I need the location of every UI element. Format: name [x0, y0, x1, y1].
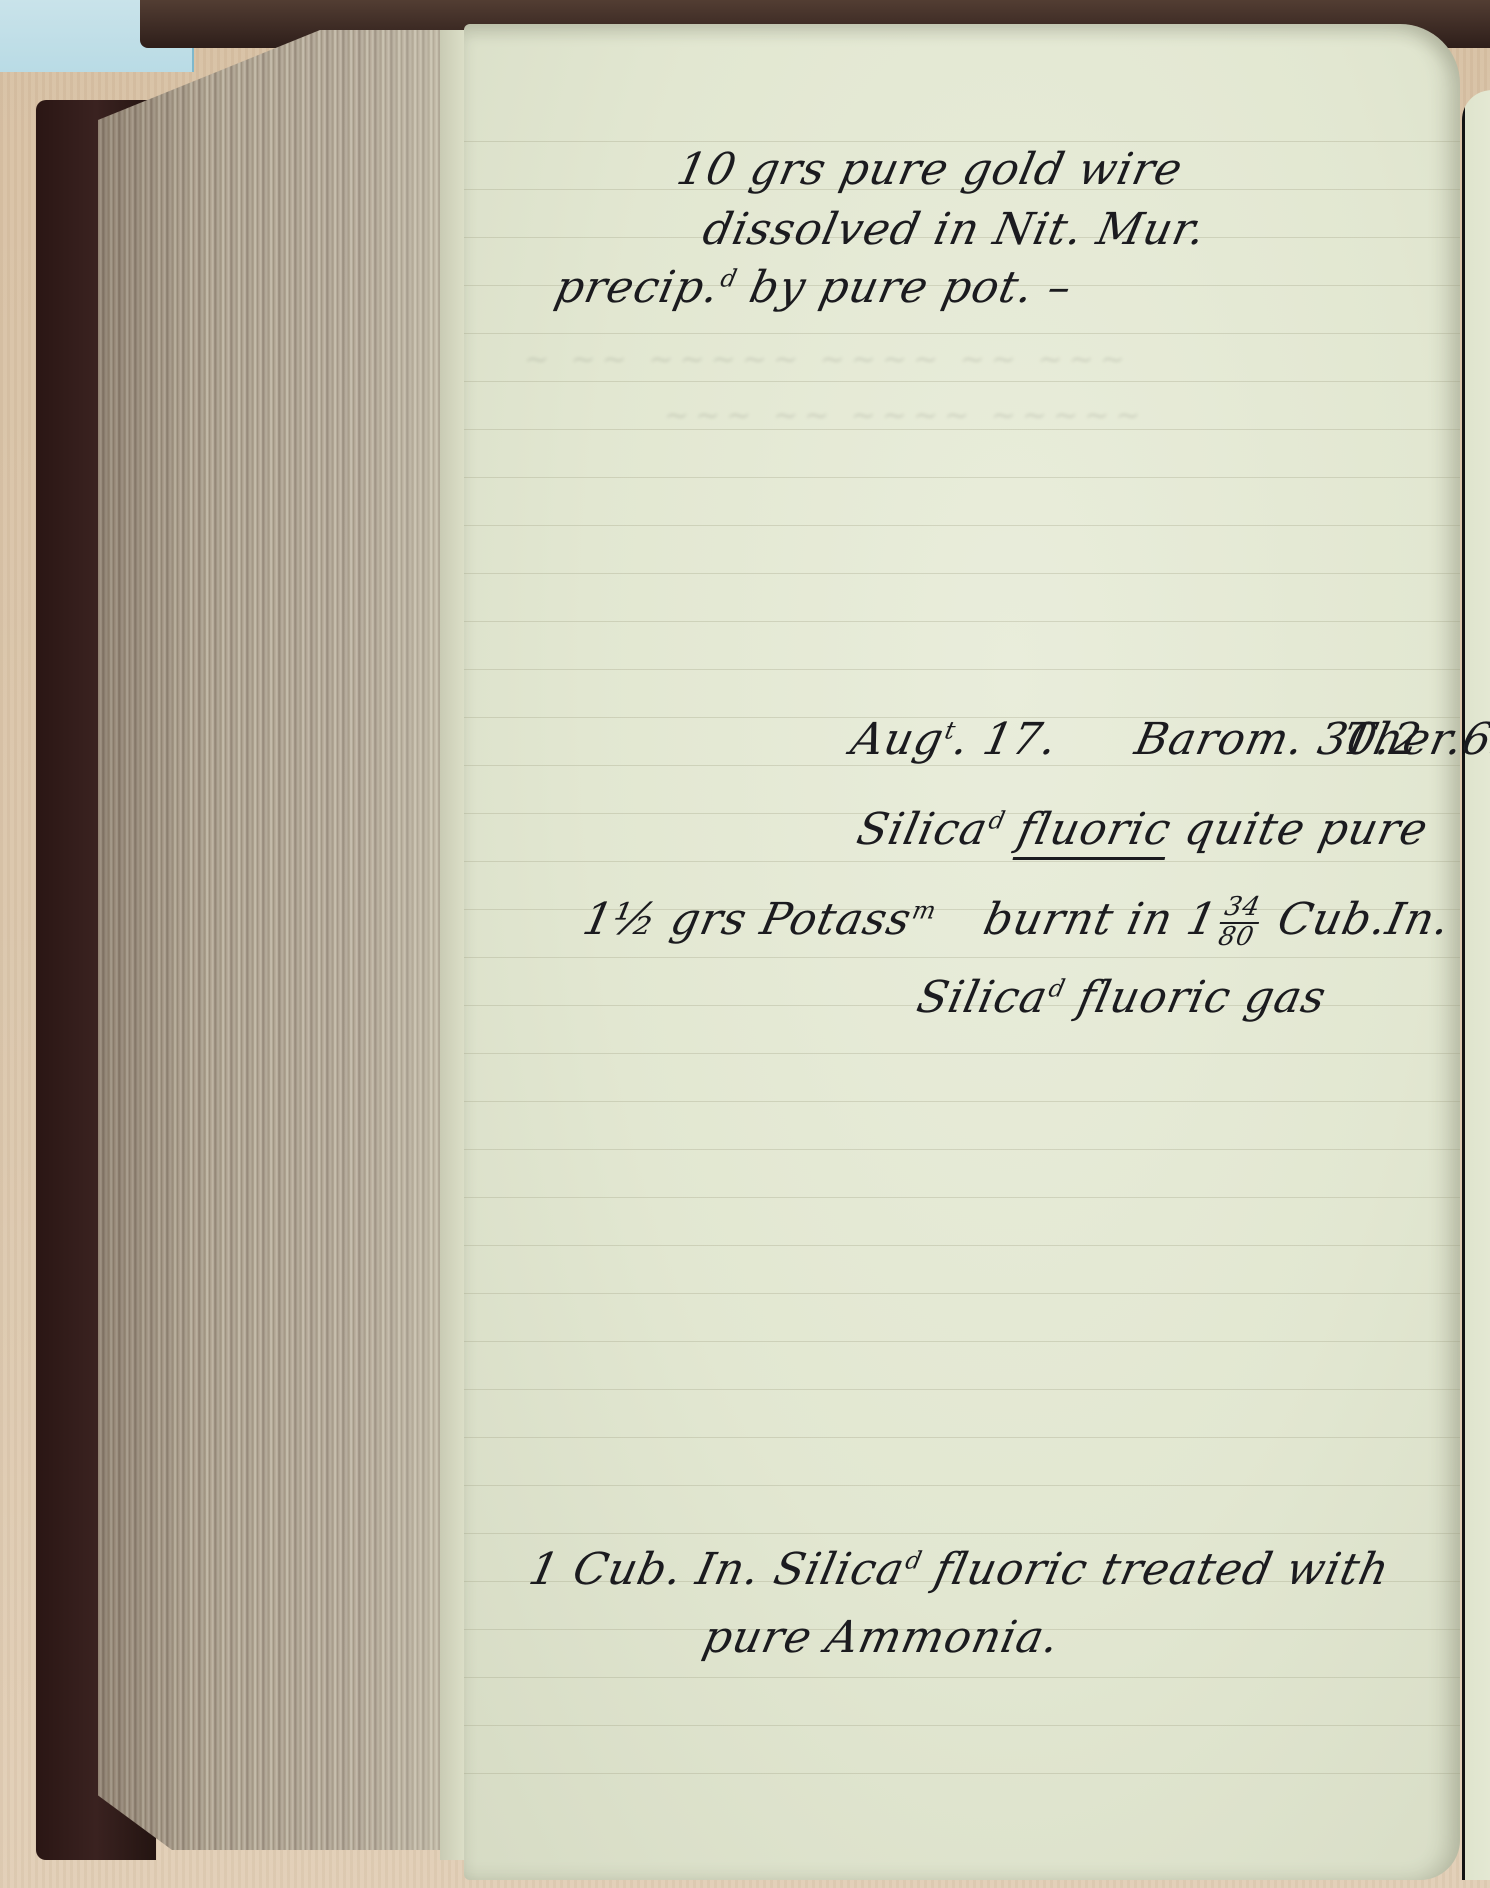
entry-potassium-amount: 1½ grs Potassm: [579, 894, 940, 945]
entry-silica-quite-pure: Silicad fluoric quite pure: [853, 804, 1433, 855]
bleed-through-line: ~ ~~ ~~~~~ ~~~~ ~~ ~~~: [524, 342, 1131, 377]
entry-gold-line1: 10 grs pure gold wire: [673, 144, 1188, 195]
facing-page-edge: [1462, 90, 1490, 1880]
entry-date: Augt. 17.: [847, 714, 1063, 765]
notebook-page: ~ ~~ ~~~~~ ~~~~ ~~ ~~~ ~~~ ~~ ~~~~ ~~~~~…: [464, 24, 1460, 1880]
entry-potassium-burnt: burnt in 13480 Cub.In.: [978, 894, 1455, 951]
page-block-fore-edge: [98, 30, 468, 1850]
fraction: 3480: [1214, 894, 1265, 951]
entry-thermometer: Ther.63: [1339, 714, 1490, 765]
entry-ammonia-line1: 1 Cub. In. Silicad fluoric treated with: [525, 1544, 1395, 1595]
entry-potassium-gas: Silicad fluoric gas: [913, 972, 1331, 1023]
entry-gold-line2: dissolved in Nit. Mur.: [699, 204, 1211, 255]
entry-gold-line3: precip.d by pure pot. –: [551, 262, 1077, 313]
entry-ammonia-line2: pure Ammonia.: [699, 1612, 1065, 1663]
bleed-through-line: ~~~ ~~ ~~~~ ~~~~~: [664, 398, 1147, 433]
